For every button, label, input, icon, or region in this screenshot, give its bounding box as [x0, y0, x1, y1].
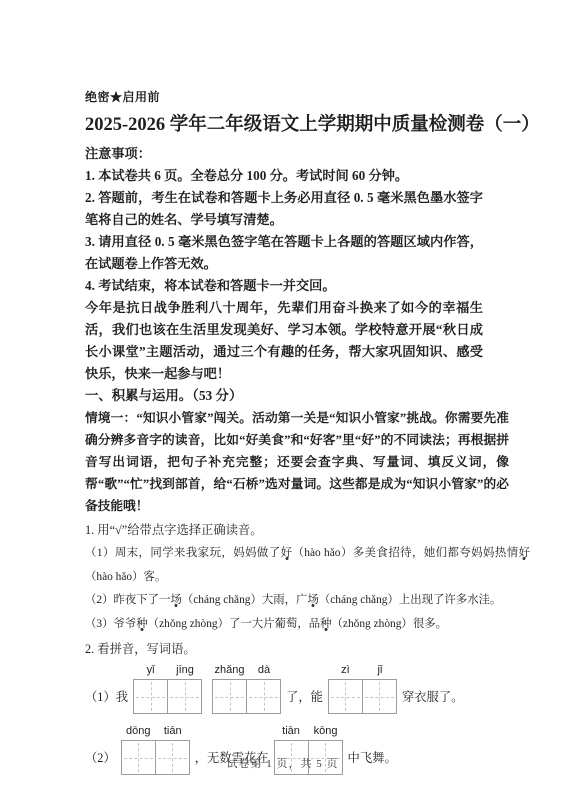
- page-content: 绝密★启用前 2025-2026 学年二年级语文上学期期中质量检测卷（一） 注意…: [85, 0, 483, 775]
- pinyin-write-row: （1）我yǐjīngzhǎngdà了，能zìjǐ穿衣服了。: [85, 663, 483, 714]
- row-text: （1）我: [85, 690, 128, 704]
- grid-cell-wrap: yǐ: [133, 663, 168, 714]
- pinyin-label: tiān: [164, 724, 182, 740]
- grid-cell-wrap: jīng: [168, 663, 202, 714]
- q1-items: （1）周末，同学来我家玩，妈妈做了好（hào hǎo）多美食招待，她们都夸妈妈热…: [85, 542, 483, 636]
- answer-cell: [167, 679, 202, 714]
- section-one-heading: 一、积累与运用。（53 分）: [85, 385, 483, 407]
- notice-item: 2. 答题前，考生在试卷和答题卡上务必用直径 0. 5 毫米黑色墨水签字笔将自己…: [85, 187, 483, 231]
- pinyin-label: jīng: [176, 663, 194, 679]
- emphasized-char: 种: [136, 618, 147, 630]
- pinyin-label: jǐ: [378, 663, 383, 679]
- q1-item: （3）爷爷种（zhǒng zhòng）了一大片葡萄，品种（zhǒng zhòng…: [85, 613, 530, 637]
- pinyin-label: dà: [258, 663, 270, 679]
- intro-paragraph: 今年是抗日战争胜利八十周年，先辈们用奋斗换来了如今的幸福生活，我们也该在生活里发…: [85, 297, 483, 385]
- pinyin-label: zhǎng: [215, 663, 245, 679]
- grid-cell-wrap: zhǎng: [212, 663, 247, 714]
- q1-item: （2）昨夜下了一场（cháng chǎng）大雨，广场（cháng chǎng）…: [85, 589, 530, 613]
- q2-stem: 2. 看拼音，写词语。: [85, 637, 483, 661]
- item-text: （2）昨夜下了一: [85, 594, 170, 606]
- classification-label: 绝密★启用前: [85, 88, 483, 105]
- item-text: （cháng chǎng）上出现了许多水洼。: [319, 594, 502, 606]
- notice-item: 1. 本试卷共 6 页。全卷总分 100 分。考试时间 60 分钟。: [85, 165, 483, 187]
- item-text: （zhǒng zhòng）很多。: [332, 618, 447, 630]
- emphasized-char: 场: [170, 594, 181, 606]
- answer-cell: [328, 679, 363, 714]
- writing-grid: yǐjīng: [133, 663, 202, 714]
- pinyin-label: yǐ: [147, 663, 155, 679]
- answer-cell: [246, 679, 281, 714]
- page-footer: 试卷第 1 页，共 5 页: [0, 755, 565, 771]
- answer-cell: [362, 679, 397, 714]
- pinyin-label: tiān: [282, 724, 300, 740]
- emphasized-char: 种: [320, 618, 331, 630]
- row-text: 穿衣服了。: [402, 690, 464, 704]
- answer-cell: [133, 679, 168, 714]
- writing-grid: zhǎngdà: [212, 663, 281, 714]
- answer-cell: [212, 679, 247, 714]
- emphasized-char: 好: [281, 547, 293, 559]
- grid-cell-wrap: zì: [328, 663, 363, 714]
- notice-item: 3. 请用直径 0. 5 毫米黑色签字笔在答题卡上各题的答题区域内作答，在试题卷…: [85, 231, 483, 275]
- q1-stem: 1. 用“√”给带点字选择正确读音。: [85, 518, 483, 542]
- item-text: （1）周末，同学来我家玩，妈妈做了: [85, 547, 281, 559]
- item-text: （cháng chǎng）大雨，广: [182, 594, 308, 606]
- emphasized-char: 场: [307, 594, 318, 606]
- writing-grid: zìjǐ: [328, 663, 397, 714]
- item-text: （zhǒng zhòng）了一大片葡萄，品: [148, 618, 320, 630]
- pinyin-label: dōng: [126, 724, 150, 740]
- scenario-paragraph: 情境一：“知识小管家”闯关。活动第一关是“知识小管家”挑战。你需要先准确分辨多音…: [85, 407, 509, 517]
- notice-item: 4. 考试结束，将本试卷和答题卡一并交回。: [85, 275, 483, 297]
- item-text: （3）爷爷: [85, 618, 136, 630]
- q1-item: （1）周末，同学来我家玩，妈妈做了好（hào hǎo）多美食招待，她们都夸妈妈热…: [85, 542, 530, 589]
- item-text: （hào hǎo）多美食招待，她们都夸妈妈热情: [292, 547, 518, 559]
- pinyin-label: kōng: [314, 724, 338, 740]
- exam-page: 绝密★启用前 2025-2026 学年二年级语文上学期期中质量检测卷（一） 注意…: [0, 0, 565, 800]
- pinyin-label: zì: [341, 663, 350, 679]
- exam-title: 2025-2026 学年二年级语文上学期期中质量检测卷（一）: [85, 114, 483, 137]
- grid-cell-wrap: dà: [247, 663, 281, 714]
- notice-list: 1. 本试卷共 6 页。全卷总分 100 分。考试时间 60 分钟。2. 答题前…: [85, 165, 483, 297]
- notice-heading: 注意事项：: [85, 143, 483, 165]
- grid-cell-wrap: jǐ: [363, 663, 397, 714]
- item-text: （hào hǎo）客。: [85, 571, 166, 583]
- row-text: 了，能: [286, 690, 323, 704]
- emphasized-char: 好: [519, 547, 530, 559]
